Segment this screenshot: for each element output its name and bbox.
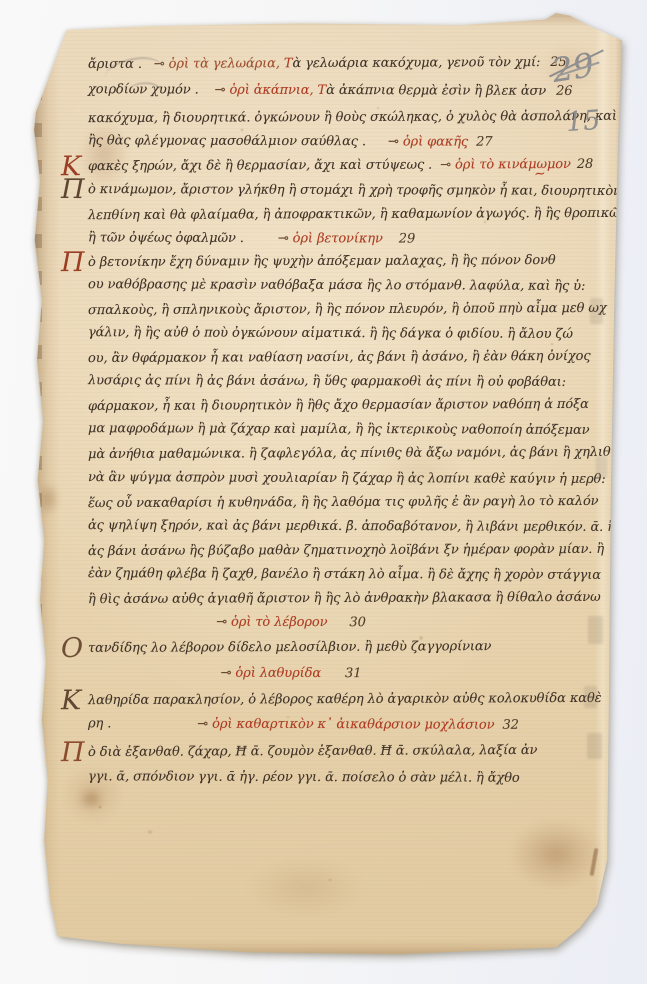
- text-run: ἢς θὰς φλέγμονας μασοθάλμιον σαύθλας .: [88, 133, 366, 149]
- gap: [244, 241, 278, 242]
- text-run: ἀς ψηλίψη ξηρόν, καὶ ἀς βάνι μερθικά. β̄…: [88, 518, 615, 535]
- paragraph-mark: ⊸: [216, 615, 227, 630]
- rubric-heading: Τ: [280, 56, 293, 71]
- text-run: γγι. ᾱ, σπόνδιον γγι. ᾱ ἠγ. ρέον γγι. ᾱ.…: [88, 769, 520, 786]
- manuscript-line: ου ναθόβρασης μὲ κρασὶν ναθόβαξα μάσα ἢς…: [88, 276, 585, 295]
- gap: [366, 144, 388, 145]
- manuscript-line: λεπθίνη καὶ θὰ φλαίμαθα, ἢ ἀποφρακτικῶν,…: [88, 205, 627, 224]
- drop-cap-initial: Π: [61, 249, 85, 276]
- rubric-heading: ὁρὶ τὰ γελωάρια,: [165, 56, 280, 72]
- rubric-heading: ὁρὶ λαθυρίδα: [231, 666, 321, 681]
- manuscript-line: νὰ ἂν ψύγμα ἀσπρὸν μυσὶ χουλιαρίαν ἢ ζάχ…: [88, 469, 606, 488]
- text-run: μὰ ἀνήθια μαθαμώνικα. ἢ ζαφλεγόλα, ἀς πί…: [88, 445, 611, 462]
- paragraph-mark: ⊸: [388, 134, 399, 149]
- manuscript-line: Κλαθηρίδα παρακλησίον, ὁ λέβορος καθέρη …: [88, 690, 602, 709]
- manuscript-line: ἀς ψηλίψη ξηρόν, καὶ ἀς βάνι μερθικά. β̄…: [88, 517, 615, 536]
- folio-number: 15: [565, 105, 601, 138]
- text-run: ὸ κινάμωμον, ἄριστον γλήκθη ἢ στομάχι ἢ …: [88, 182, 621, 199]
- gap: [111, 726, 197, 727]
- manuscript-line: Πὸ διὰ ἐξανθαθ. ζάχαρ, Ħ ᾱ. ζουμὸν ἑξανθ…: [88, 742, 537, 761]
- manuscript-line: φάρμακον, ἦ και ἢ διουρητικὸν ἢ ἢθς ἄχο …: [88, 396, 589, 415]
- text-run: φακὲς ξηρών, ἄχι δὲ ἢ θερμασίαν, ἄχι καὶ…: [88, 158, 432, 175]
- ink-showthrough: [590, 298, 603, 324]
- folio-number-text: 15: [565, 105, 601, 138]
- chapter-number: 27: [476, 135, 492, 150]
- text-run: ὰ ἀκάπνια θερμὰ ἐσὶν ἢ βλεκ ἀσν: [326, 83, 546, 99]
- manuscript-line: μα μαφροδάμων ἢ μὰ ζάχαρ καὶ μαμίλα, ἢ ἢ…: [88, 420, 589, 439]
- chapter-number: 32: [502, 718, 518, 733]
- text-run: ου, ἂν θφάρμακον ἦ και ναθίαση νασίνι, ἀ…: [88, 349, 591, 366]
- rubric-heading: ὁρὶ τὸ κινάμωμον: [451, 157, 571, 173]
- manuscript-line: κακόχυμα, ἢ διουρητικά. ὀγκώνουν ἢ θοὺς …: [88, 108, 617, 127]
- drop-cap-initial: Π: [61, 176, 85, 203]
- chapter-number: 30: [349, 615, 365, 630]
- manuscript-line: γγι. ᾱ, σπόνδιον γγι. ᾱ ἠγ. ρέον γγι. ᾱ.…: [88, 768, 520, 787]
- paragraph-mark: ⊸: [221, 666, 232, 681]
- text-run: γάλιν, ἢ ἢς αὐθ ὁ ποὺ ὀγκώνουν αἱματικά.…: [88, 325, 573, 342]
- rubric-heading: ὁρὶ ἀκάπνια,: [225, 83, 313, 98]
- chapter-number: 31: [345, 666, 361, 681]
- rubric-flourish: ~: [533, 165, 546, 182]
- text-run: φάρμακον, ἦ και ἢ διουρητικὸν ἢ ἢθς ἄχο …: [88, 397, 589, 414]
- manuscript-line: σπαλκοὺς, ἢ σπληνικοὺς ἄριστον, ἢ ἢς πόν…: [88, 300, 607, 319]
- paragraph-mark: ⊸: [197, 717, 208, 732]
- manuscript-line: λυσάρις ἀς πίνι ἢ ἀς βάνι ἀσάνω, ἢ ὕθς φ…: [88, 372, 566, 391]
- rubric-heading: ὁρὶ φακῆς: [399, 134, 468, 149]
- text-run: ὰ γελωάρια κακόχυμα, γενοῦ τὸν χμί:: [292, 55, 540, 71]
- text-run: ἕως οὗ νακαθαρίσι ἡ κυθηνάδα, ἢ ἢς λαθόμ…: [88, 494, 599, 511]
- text-run: ὸ βετονίκην ἔχη δύναμιν ἢς ψυχὴν ἀπόξεμα…: [88, 253, 556, 270]
- manuscript-line: ⊸ ὁρὶ τὸ λέβορον30: [88, 613, 564, 632]
- gap: [199, 93, 215, 94]
- gap: [546, 94, 556, 95]
- manuscript-line: Πὸ κινάμωμον, ἄριστον γλήκθη ἢ στομάχι ἢ…: [88, 181, 621, 200]
- manuscript-line: ἢ τῶν ὀψέως ὀφαλμῶν .⊸ ὁρὶ βετονίκην29: [88, 229, 415, 247]
- manuscript-line: ⊸ ὁρὶ λαθυρίδα31: [88, 664, 564, 683]
- chapter-number: 29: [399, 232, 415, 247]
- stain: [36, 482, 60, 516]
- drop-cap-initial: Κ: [61, 687, 81, 714]
- manuscript-photo: ἄριστα .⊸ ὁρὶ τὰ γελωάρια, Τὰ γελωάρια κ…: [0, 0, 647, 984]
- rubric-heading: ὁρὶ καθαρτικὸν κ᾽ ἀικαθάρσιον μοχλάσιον: [208, 717, 494, 733]
- paragraph-mark: ⊸: [215, 83, 226, 98]
- gap: [383, 241, 399, 242]
- manuscript-line: Οτανδίδης λο λέβορον δίδελο μελοσίλβιον.…: [88, 638, 491, 657]
- manuscript-line: Πὸ βετονίκην ἔχη δύναμιν ἢς ψυχὴν ἀπόξεμ…: [88, 252, 556, 271]
- manuscript-line: ρη .⊸ ὁρὶ καθαρτικὸν κ᾽ ἀικαθάρσιον μοχλ…: [88, 715, 519, 734]
- gap: [540, 65, 550, 66]
- crossed-number-text: 29: [549, 45, 597, 90]
- manuscript-page: ἄριστα .⊸ ὁρὶ τὰ γελωάρια, Τὰ γελωάρια κ…: [30, 12, 625, 957]
- drop-cap-initial: Ο: [61, 635, 83, 662]
- manuscript-line: μὰ ἀνήθια μαθαμώνικα. ἢ ζαφλεγόλα, ἀς πί…: [88, 444, 611, 463]
- manuscript-line: ἕως οὗ νακαθαρίσι ἡ κυθηνάδα, ἢ ἢς λαθόμ…: [88, 493, 599, 512]
- gap: [321, 676, 345, 677]
- chapter-number: 28: [577, 157, 593, 172]
- manuscript-line: ἀς βάνι ἀσάνω ἢς βύζαβο μαθὰν ζηματινοχη…: [88, 541, 604, 560]
- gap: [468, 145, 476, 146]
- manuscript-line: ἢ θὶς ἀσάνω αὐθς ἁγιαθῆ ἄριστον ἢ ἢς λὸ …: [88, 589, 601, 608]
- gap: [327, 625, 349, 626]
- text-run: ρη .: [88, 716, 111, 731]
- text-run: κακόχυμα, ἢ διουρητικά. ὀγκώνουν ἢ θοὺς …: [88, 109, 617, 126]
- text-run: ὸ διὰ ἐξανθαθ. ζάχαρ, Ħ ᾱ. ζουμὸν ἑξανθα…: [88, 743, 537, 760]
- text-run: σπαλκοὺς, ἢ σπληνικοὺς ἄριστον, ἢ ἢς πόν…: [88, 301, 607, 318]
- text-run: λεπθίνη καὶ θὰ φλαίμαθα, ἢ ἀποφρακτικῶν,…: [88, 206, 627, 223]
- manuscript-line: ἐὰν ζημάθη φλέβα ἢ ζαχθ, βανέλο ἢ στάκη …: [88, 565, 601, 584]
- manuscript-line: γάλιν, ἢ ἢς αὐθ ὁ ποὺ ὀγκώνουν αἱματικά.…: [88, 324, 573, 343]
- paragraph-mark: ⊸: [278, 231, 289, 246]
- text-run: ἐὰν ζημάθη φλέβα ἢ ζαχθ, βανέλο ἢ στάκη …: [88, 566, 601, 583]
- rubric-heading: ὁρὶ τὸ λέβορον: [227, 615, 327, 630]
- text-run: ου ναθόβρασης μὲ κρασὶν ναθόβαξα μάσα ἢς…: [88, 277, 585, 294]
- drop-cap-initial: Π: [61, 739, 85, 766]
- text-block: ἄριστα .⊸ ὁρὶ τὰ γελωάρια, Τὰ γελωάρια κ…: [88, 12, 564, 957]
- manuscript-line: ἢς θὰς φλέγμονας μασοθάλμιον σαύθλας .⊸ …: [88, 132, 493, 150]
- crossed-out-page-number: 29: [549, 45, 597, 90]
- text-run: ἢ θὶς ἀσάνω αὐθς ἁγιαθῆ ἄριστον ἢ ἢς λὸ …: [88, 590, 601, 607]
- manuscript-line: ου, ἂν θφάρμακον ἦ και ναθίαση νασίνι, ἀ…: [88, 348, 591, 367]
- ink-showthrough: [596, 456, 607, 478]
- text-run: λυσάρις ἀς πίνι ἢ ἀς βάνι ἀσάνω, ἢ ὕθς φ…: [88, 373, 566, 390]
- text-run: ἀς βάνι ἀσάνω ἢς βύζαβο μαθὰν ζηματινοχη…: [88, 542, 604, 559]
- text-run: μα μαφροδάμων ἢ μὰ ζάχαρ καὶ μαμίλα, ἢ ἢ…: [88, 421, 589, 438]
- ink-showthrough: [587, 733, 602, 759]
- manuscript-line: Κφακὲς ξηρών, ἄχι δὲ ἢ θερμασίαν, ἄχι κα…: [88, 156, 593, 175]
- ink-showthrough: [584, 686, 597, 708]
- rubric-heading: ὁρὶ βετονίκην: [289, 231, 383, 246]
- text-run: ἢ τῶν ὀψέως ὀφαλμῶν .: [88, 230, 244, 246]
- paragraph-mark: ⊸: [440, 158, 451, 173]
- text-run: λαθηρίδα παρακλησίον, ὁ λέβορος καθέρη λ…: [88, 691, 602, 708]
- paper-shadow: ἄριστα .⊸ ὁρὶ τὰ γελωάρια, Τὰ γελωάρια κ…: [0, 0, 647, 984]
- ink-showthrough: [588, 616, 603, 644]
- text-run: τανδίδης λο λέβορον δίδελο μελοσίλβιον. …: [88, 639, 491, 656]
- text-run: νὰ ἂν ψύγμα ἀσπρὸν μυσὶ χουλιαρίαν ἢ ζάχ…: [88, 470, 606, 487]
- rubric-heading: Τ: [313, 83, 326, 98]
